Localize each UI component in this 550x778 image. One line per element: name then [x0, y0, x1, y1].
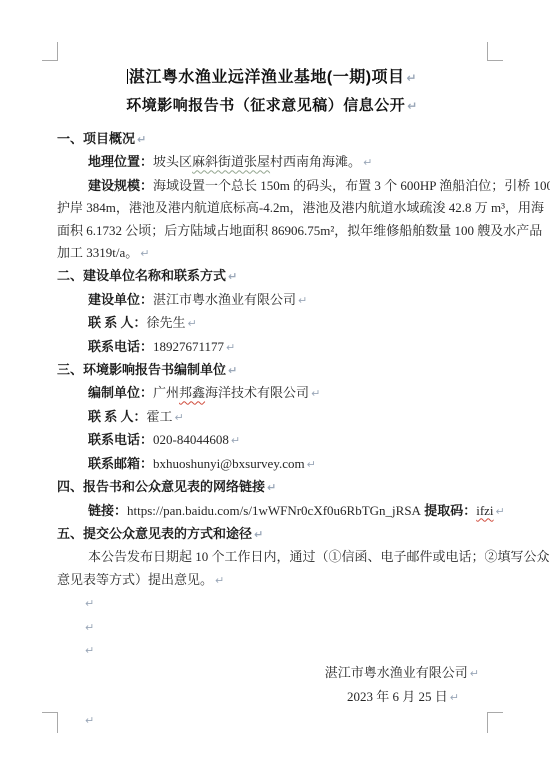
construction-company-line: 建设单位：湛江市粤水渔业有限公司↵	[88, 289, 487, 312]
paragraph-mark-icon: ↵	[215, 574, 224, 587]
paragraph-mark-icon: ↵	[85, 621, 94, 634]
section2-heading-text: 二、建设单位名称和联系方式	[57, 268, 226, 283]
section1-heading: 一、项目概况↵	[57, 128, 487, 151]
paragraph-mark-icon: ↵	[298, 294, 307, 307]
paragraph-mark-icon: ↵	[407, 99, 418, 113]
compiler-phone-line: 联系电话：020-84044608↵	[88, 429, 487, 452]
construction-contact-line: 联 系 人：徐先生↵	[88, 312, 487, 335]
scale-line1: 建设规模：海域设置一个总长 150m 的码头，布置 3 个 600HP 渔船泊位…	[88, 175, 487, 197]
empty-paragraph: ↵	[83, 709, 487, 732]
paragraph-mark-icon: ↵	[267, 481, 276, 494]
paragraph-mark-icon: ↵	[188, 317, 197, 330]
empty-paragraph: ↵	[83, 616, 487, 639]
paragraph-mark-icon: ↵	[85, 644, 94, 657]
empty-paragraph: ↵	[83, 639, 487, 662]
paragraph-mark-icon: ↵	[470, 667, 479, 680]
paragraph-mark-icon: ↵	[85, 597, 94, 610]
section4-heading-text: 四、报告书和公众意见表的网络链接	[57, 479, 265, 494]
spacer	[57, 120, 487, 128]
compiler-company-line: 编制单位：广州邦鑫海洋技术有限公司↵	[88, 382, 487, 405]
paragraph-mark-icon: ↵	[311, 387, 320, 400]
scale-line4: 加工 3319t/a。↵	[57, 242, 487, 265]
compiler-phone-label: 联系电话：	[88, 432, 153, 447]
subtitle-text: 环境影响报告书（征求意见稿）信息公开	[126, 97, 405, 114]
location-text-post: 村西南角海滩。	[270, 154, 361, 169]
section1-heading-text: 一、项目概况	[57, 131, 135, 146]
signature-date: 2023 年 6 月 25 日	[347, 689, 448, 704]
compiler-email-line: 联系邮箱：bxhuoshunyi@bxsurvey.com↵	[88, 453, 487, 476]
paragraph-mark-icon: ↵	[407, 71, 418, 85]
paragraph-mark-icon: ↵	[175, 411, 184, 424]
text-boundary-mark-bottom-left	[42, 712, 58, 733]
signature-date-line: 2023 年 6 月 25 日↵	[57, 686, 487, 709]
doc-title-line1: 湛江粤水渔业远洋渔业基地(一期)项目↵	[57, 64, 487, 92]
scale-text2: 护岸 384m，港池及港内航道底标高-4.2m，港池及港内航道水域疏浚 42.8…	[57, 200, 544, 215]
compiler-email-value: bxhuoshunyi@bxsurvey.com	[153, 456, 305, 471]
section5-heading: 五、提交公众意见表的方式和途径↵	[57, 523, 487, 546]
location-label: 地理位置：	[88, 154, 153, 169]
paragraph-mark-icon: ↵	[228, 270, 237, 283]
text-boundary-mark-top-left	[42, 42, 58, 61]
compiler-phone-value: 020-84044608	[153, 432, 229, 447]
construction-phone-label: 联系电话：	[88, 339, 153, 354]
scale-text1: 海域设置一个总长 150m 的码头，布置 3 个 600HP 渔船泊位；引桥 1…	[153, 178, 550, 193]
compiler-company-spell-flagged: 邦鑫	[179, 385, 205, 400]
section3-heading: 三、环境影响报告书编制单位↵	[57, 359, 487, 382]
compiler-contact-value: 霍工	[147, 409, 173, 424]
construction-company-value: 湛江市粤水渔业有限公司	[153, 292, 296, 307]
extraction-code-value: ifzi	[476, 503, 493, 518]
paragraph-mark-icon: ↵	[231, 434, 240, 447]
paragraph-mark-icon: ↵	[140, 247, 149, 260]
paragraph-mark-icon: ↵	[226, 341, 235, 354]
location-text-grammar-flagged: 麻斜街道张屋	[192, 154, 270, 169]
compiler-company-post: 海洋技术有限公司	[205, 385, 309, 400]
paragraph-mark-icon: ↵	[363, 156, 372, 169]
text-boundary-mark-top-right	[487, 42, 503, 61]
scale-text4: 加工 3319t/a。	[57, 245, 138, 260]
compiler-company-label: 编制单位：	[88, 385, 153, 400]
scale-text3: 面积 6.1732 公顷；后方陆域占地面积 86906.75m²，拟年维修船舶数…	[57, 223, 542, 238]
submission-text2: 意见表等方式）提出意见。	[57, 572, 213, 587]
paragraph-mark-icon: ↵	[137, 133, 146, 146]
construction-phone-line: 联系电话：18927671177↵	[88, 336, 487, 359]
paragraph-mark-icon: ↵	[496, 505, 505, 518]
compiler-contact-label: 联 系 人：	[88, 409, 147, 424]
submission-line2: 意见表等方式）提出意见。↵	[57, 569, 487, 592]
scale-line2: 护岸 384m，港池及港内航道底标高-4.2m，港池及港内航道水域疏浚 42.8…	[57, 197, 487, 219]
paragraph-mark-icon: ↵	[450, 691, 459, 704]
pan-baidu-url: https://pan.baidu.com/s/1wWFNr0cXf0u6RbT…	[127, 503, 421, 518]
compiler-contact-line: 联 系 人：霍工↵	[88, 406, 487, 429]
section4-heading: 四、报告书和公众意见表的网络链接↵	[57, 476, 487, 499]
construction-phone-value: 18927671177	[153, 339, 224, 354]
location-text-pre: 坡头区	[153, 154, 192, 169]
extraction-code-label: 提取码：	[421, 503, 476, 518]
title-text: 湛江粤水渔业远洋渔业基地(一期)项目	[129, 69, 405, 86]
location-line: 地理位置：坡头区麻斜街道张屋村西南角海滩。↵	[88, 151, 487, 174]
paragraph-mark-icon: ↵	[228, 364, 237, 377]
doc-title-line2: 环境影响报告书（征求意见稿）信息公开↵	[57, 92, 487, 120]
compiler-email-label: 联系邮箱：	[88, 456, 153, 471]
document-page[interactable]: 湛江粤水渔业远洋渔业基地(一期)项目↵ 环境影响报告书（征求意见稿）信息公开↵ …	[0, 0, 550, 778]
scale-label: 建设规模：	[88, 178, 153, 193]
construction-company-label: 建设单位：	[88, 292, 153, 307]
construction-contact-label: 联 系 人：	[88, 315, 147, 330]
link-label: 链接：	[88, 503, 127, 518]
paragraph-mark-icon: ↵	[307, 458, 316, 471]
document-body[interactable]: 湛江粤水渔业远洋渔业基地(一期)项目↵ 环境影响报告书（征求意见稿）信息公开↵ …	[57, 64, 487, 733]
construction-contact-value: 徐先生	[147, 315, 186, 330]
download-link-line: 链接：https://pan.baidu.com/s/1wWFNr0cXf0u6…	[88, 500, 487, 523]
section3-heading-text: 三、环境影响报告书编制单位	[57, 362, 226, 377]
scale-line3: 面积 6.1732 公顷；后方陆域占地面积 86906.75m²，拟年维修船舶数…	[57, 220, 487, 242]
paragraph-mark-icon: ↵	[85, 714, 94, 727]
submission-line1: 本公告发布日期起 10 个工作日内，通过（①信函、电子邮件或电话；②填写公众	[88, 546, 487, 568]
signature-company-line: 湛江市粤水渔业有限公司↵	[57, 662, 487, 685]
text-cursor	[127, 69, 128, 84]
section5-heading-text: 五、提交公众意见表的方式和途径	[57, 526, 252, 541]
compiler-company-pre: 广州	[153, 385, 179, 400]
submission-text1: 本公告发布日期起 10 个工作日内，通过（①信函、电子邮件或电话；②填写公众	[88, 549, 550, 564]
section2-heading: 二、建设单位名称和联系方式↵	[57, 265, 487, 288]
paragraph-mark-icon: ↵	[254, 528, 263, 541]
signature-company: 湛江市粤水渔业有限公司	[325, 665, 468, 680]
text-boundary-mark-bottom-right	[487, 712, 503, 733]
empty-paragraph: ↵	[83, 592, 487, 615]
